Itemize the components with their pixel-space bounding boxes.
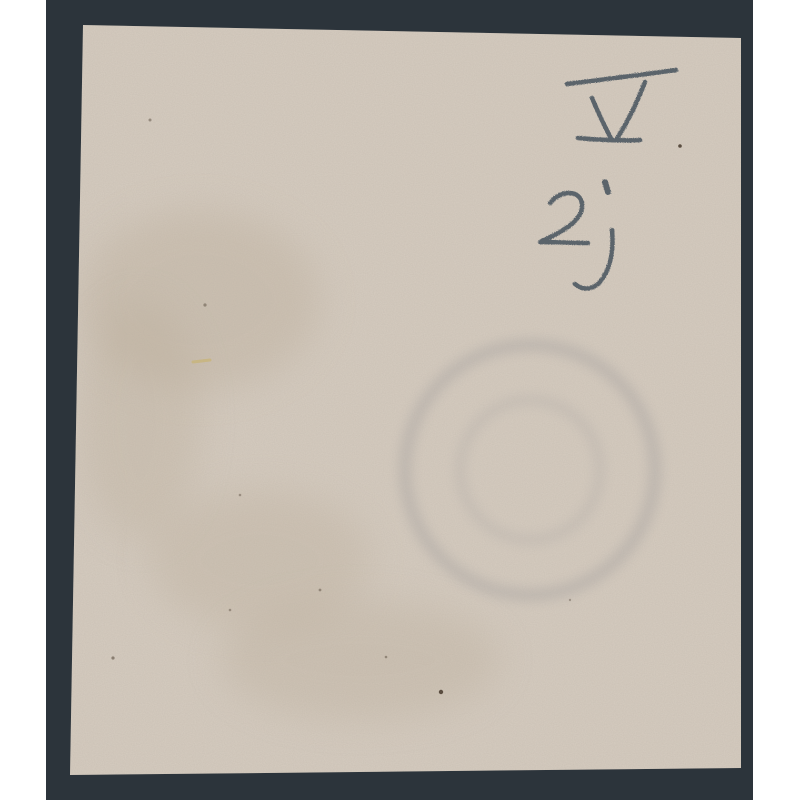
stamp-back	[0, 0, 800, 800]
photo-frame: V 2j	[0, 0, 800, 800]
